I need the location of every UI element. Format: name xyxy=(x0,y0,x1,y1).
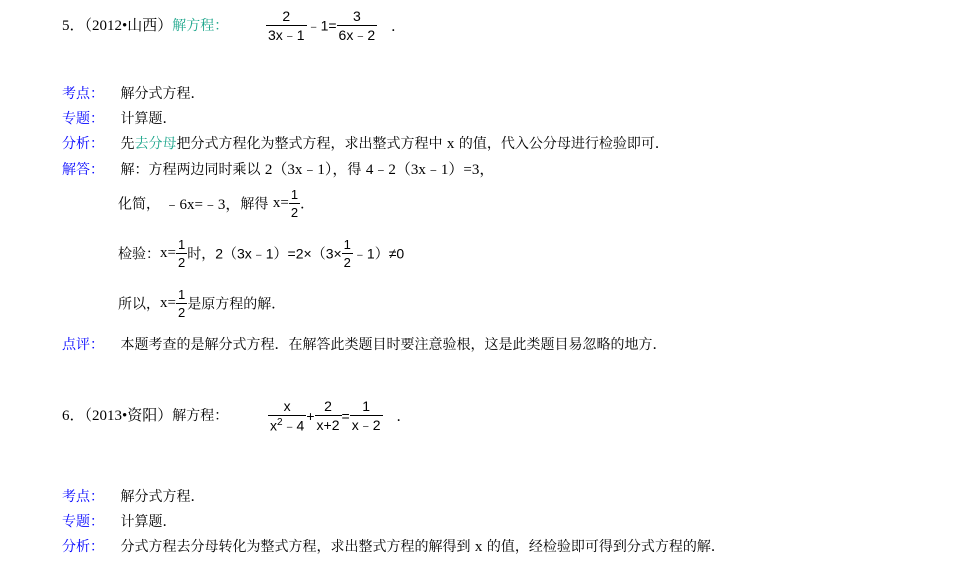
zhuanti-row-6: 专题： 计算题． xyxy=(62,511,176,531)
kaodian-text: 解分式方程． xyxy=(120,489,204,505)
kaodian-label: 考点： xyxy=(62,86,104,102)
fraction: 12 xyxy=(176,238,187,269)
fraction: 12 xyxy=(176,288,187,319)
qu-fen-mu-link[interactable]: 去分母 xyxy=(134,136,176,152)
jieda-label: 解答： xyxy=(62,162,104,178)
zhuanti-text: 计算题． xyxy=(120,514,176,530)
zhuanti-text: 计算题． xyxy=(120,111,176,127)
dianping-text: 本题考查的是解分式方程．在解答此类题目时要注意验根，这是此类题目易忽略的地方． xyxy=(120,337,666,353)
zhuanti-label: 专题： xyxy=(62,514,104,530)
zhuanti-label: 专题： xyxy=(62,111,104,127)
kaodian-row-6: 考点： 解分式方程． xyxy=(62,486,204,506)
problem-6-number: 6．（2013•资阳） xyxy=(62,408,172,424)
jieda-line-2: 化简， ﹣6x=﹣3，解得 x=12． xyxy=(118,188,314,219)
problem-6-equation: x x2﹣4 + 2 x+2 = 1 x﹣2 ． xyxy=(268,399,411,433)
zhuanti-row: 专题： 计算题． xyxy=(62,108,176,128)
fraction: 12 xyxy=(342,238,353,269)
fraction: 3 6x﹣2 xyxy=(337,9,378,42)
fenxi-label: 分析： xyxy=(62,136,104,152)
kaodian-label: 考点： xyxy=(62,489,104,505)
fraction: 2 3x﹣1 xyxy=(266,9,307,42)
jieda-row: 解答： 解：方程两边同时乘以 2（3x﹣1），得 4﹣2（3x﹣1）=3， xyxy=(62,158,494,179)
fenxi-label: 分析： xyxy=(62,539,104,555)
fenxi-row-6: 分析： 分式方程去分母转化为整式方程，求出整式方程的解得到 x 的值，经检验即可… xyxy=(62,536,725,556)
problem-6-prompt: 解方程： xyxy=(172,408,228,424)
fenxi-row: 分析： 先去分母把分式方程化为整式方程，求出整式方程中 x 的值，代入公分母进行… xyxy=(62,133,669,153)
dianping-row: 点评： 本题考查的是解分式方程．在解答此类题目时要注意验根，这是此类题目易忽略的… xyxy=(62,334,666,354)
kaodian-text: 解分式方程． xyxy=(120,86,204,102)
problem-6-header: 6．（2013•资阳）解方程： xyxy=(62,404,228,425)
jieda-line-3: 检验：x=12时，2（3x﹣1）=2×（3×12﹣1）≠0 xyxy=(118,238,404,269)
kaodian-row: 考点： 解分式方程． xyxy=(62,83,204,103)
fraction: 2 x+2 xyxy=(315,399,342,432)
problem-5-equation: 2 3x﹣1 ﹣1= 3 6x﹣2 ． xyxy=(266,9,405,42)
fraction: x x2﹣4 xyxy=(268,399,306,433)
problem-5-number: 5．（2012•山西） xyxy=(62,18,172,34)
fraction: 12 xyxy=(289,188,300,219)
problem-5-prompt: 解方程： xyxy=(172,18,228,34)
jieda-line-4: 所以，x=12是原方程的解． xyxy=(118,288,285,319)
dianping-label: 点评： xyxy=(62,337,104,353)
problem-5-header: 5．（2012•山西）解方程： xyxy=(62,14,228,35)
fraction: 1 x﹣2 xyxy=(350,399,383,432)
